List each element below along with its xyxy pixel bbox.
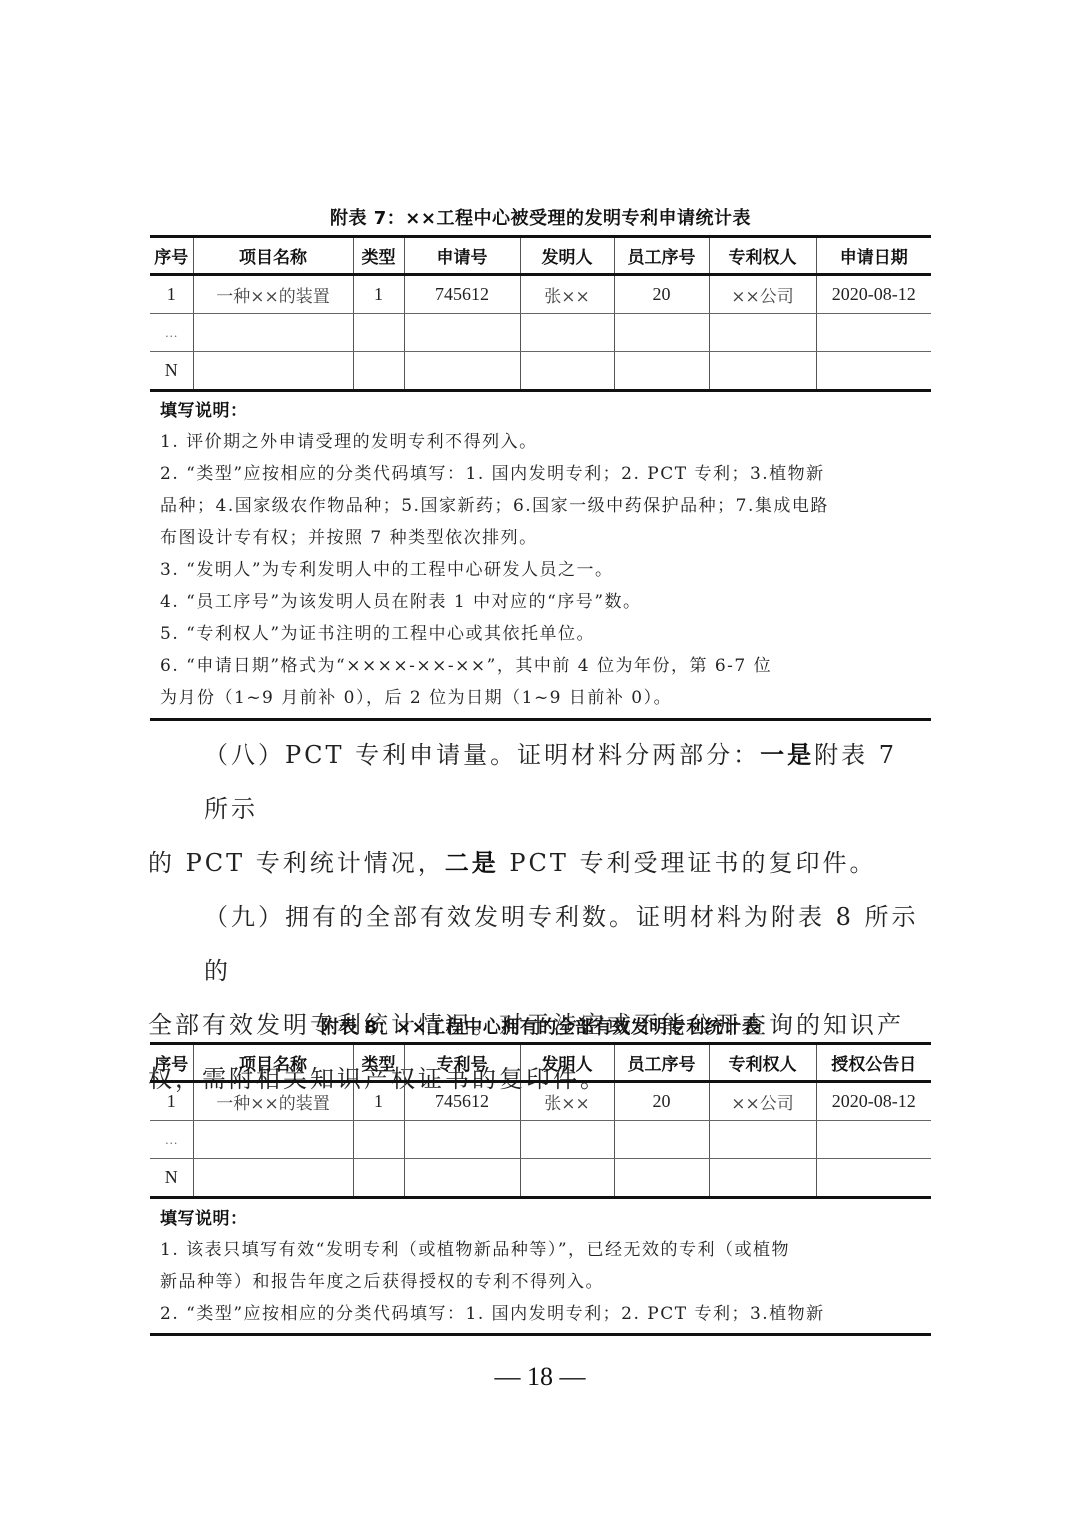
emphasis-first: 一是	[760, 741, 814, 769]
note-line: 3. “发明人”为专利发明人中的工程中心研发人员之一。	[150, 554, 931, 586]
cell-project-name	[193, 352, 353, 391]
cell-inventor: 张××	[520, 1082, 614, 1121]
cell-employee-no	[614, 1121, 709, 1159]
col-header-application-date: 申请日期	[816, 237, 931, 275]
cell-type: 1	[353, 1082, 404, 1121]
cell-patent-no	[404, 1159, 520, 1198]
col-header-type: 类型	[353, 237, 404, 275]
table-row: …	[150, 314, 931, 352]
col-header-project-name: 项目名称	[193, 237, 353, 275]
col-header-patentee: 专利权人	[709, 1044, 816, 1082]
cell-index: …	[150, 1121, 193, 1159]
table8-notes: 填写说明： 1. 该表只填写有效“发明专利（或植物新品种等）”，已经无效的专利（…	[150, 1204, 931, 1330]
cell-patentee	[709, 314, 816, 352]
cell-employee-no	[614, 314, 709, 352]
cell-type	[353, 352, 404, 391]
cell-employee-no	[614, 1159, 709, 1198]
col-header-index: 序号	[150, 237, 193, 275]
table-row: N	[150, 1159, 931, 1198]
table-row: …	[150, 1121, 931, 1159]
notes-bottom-rule	[150, 1333, 931, 1336]
section8-line1: （八）PCT 专利申请量。证明材料分两部分：一是附表 7 所示	[148, 728, 933, 836]
cell-type	[353, 314, 404, 352]
cell-employee-no: 20	[614, 1082, 709, 1121]
section8-text: 的 PCT 专利统计情况，	[148, 849, 445, 877]
cell-index: N	[150, 352, 193, 391]
note-line: 为月份（1~9 月前补 0），后 2 位为日期（1~9 日前补 0）。	[150, 682, 931, 714]
note-line: 2. “类型”应按相应的分类代码填写：1. 国内发明专利；2. PCT 专利；3…	[150, 458, 931, 490]
cell-application-no	[404, 352, 520, 391]
note-line: 1. 评价期之外申请受理的发明专利不得列入。	[150, 426, 931, 458]
section9-line1: （九）拥有的全部有效发明专利数。证明材料为附表 8 所示的	[148, 890, 933, 998]
cell-application-date	[816, 314, 931, 352]
notes-bottom-rule	[150, 718, 931, 721]
cell-patentee	[709, 1159, 816, 1198]
notes-title: 填写说明：	[150, 1204, 931, 1234]
cell-patent-no: 745612	[404, 1082, 520, 1121]
note-line: 4. “员工序号”为该发明人员在附表 1 中对应的“序号”数。	[150, 586, 931, 618]
cell-application-date: 2020-08-12	[816, 275, 931, 314]
cell-index: 1	[150, 275, 193, 314]
table-row: N	[150, 352, 931, 391]
cell-index: N	[150, 1159, 193, 1198]
cell-grant-date	[816, 1159, 931, 1198]
notes-title: 填写说明：	[150, 396, 931, 426]
cell-application-no: 745612	[404, 275, 520, 314]
cell-project-name	[193, 314, 353, 352]
cell-patentee: ××公司	[709, 1082, 816, 1121]
cell-project-name: 一种××的装置	[193, 1082, 353, 1121]
col-header-employee-no: 员工序号	[614, 1044, 709, 1082]
cell-project-name: 一种××的装置	[193, 275, 353, 314]
note-line: 1. 该表只填写有效“发明专利（或植物新品种等）”，已经无效的专利（或植物	[150, 1234, 931, 1266]
note-line: 品种；4.国家级农作物品种；5.国家新药；6.国家一级中药保护品种；7.集成电路	[150, 490, 931, 522]
cell-inventor: 张××	[520, 275, 614, 314]
cell-employee-no: 20	[614, 275, 709, 314]
col-header-grant-date: 授权公告日	[816, 1044, 931, 1082]
section9-heading: （九）拥有的全部有效发明专利数。	[204, 903, 636, 931]
col-header-patentee: 专利权人	[709, 237, 816, 275]
cell-inventor	[520, 352, 614, 391]
cell-patentee	[709, 352, 816, 391]
col-header-employee-no: 员工序号	[614, 237, 709, 275]
page-number: — 18 —	[0, 1362, 1080, 1392]
cell-grant-date: 2020-08-12	[816, 1082, 931, 1121]
cell-project-name	[193, 1121, 353, 1159]
col-header-inventor: 发明人	[520, 1044, 614, 1082]
cell-type	[353, 1121, 404, 1159]
note-line: 5. “专利权人”为证书注明的工程中心或其依托单位。	[150, 618, 931, 650]
section8-text: PCT 专利受理证书的复印件。	[499, 849, 877, 877]
note-line: 6. “申请日期”格式为“××××-××-××”，其中前 4 位为年份，第 6-…	[150, 650, 931, 682]
col-header-inventor: 发明人	[520, 237, 614, 275]
table7: 序号 项目名称 类型 申请号 发明人 员工序号 专利权人 申请日期 1 一种××…	[150, 235, 931, 392]
cell-grant-date	[816, 1121, 931, 1159]
note-line: 2. “类型”应按相应的分类代码填写：1. 国内发明专利；2. PCT 专利；3…	[150, 1298, 931, 1330]
cell-inventor	[520, 1121, 614, 1159]
cell-type: 1	[353, 275, 404, 314]
table8: 序号 项目名称 类型 专利号 发明人 员工序号 专利权人 授权公告日 1 一种×…	[150, 1042, 931, 1199]
section8-line2: 的 PCT 专利统计情况，二是 PCT 专利受理证书的复印件。	[148, 836, 933, 890]
note-line: 布图设计专有权；并按照 7 种类型依次排列。	[150, 522, 931, 554]
section8-text: 证明材料分两部分：	[517, 741, 760, 769]
col-header-index: 序号	[150, 1044, 193, 1082]
cell-index: 1	[150, 1082, 193, 1121]
cell-type	[353, 1159, 404, 1198]
cell-project-name	[193, 1159, 353, 1198]
cell-patentee	[709, 1121, 816, 1159]
table8-header-row: 序号 项目名称 类型 专利号 发明人 员工序号 专利权人 授权公告日	[150, 1044, 931, 1082]
note-line: 新品种等）和报告年度之后获得授权的专利不得列入。	[150, 1266, 931, 1298]
table-row: 1 一种××的装置 1 745612 张×× 20 ××公司 2020-08-1…	[150, 1082, 931, 1121]
cell-inventor	[520, 314, 614, 352]
cell-application-date	[816, 352, 931, 391]
col-header-project-name: 项目名称	[193, 1044, 353, 1082]
col-header-application-no: 申请号	[404, 237, 520, 275]
cell-inventor	[520, 1159, 614, 1198]
section8-heading: （八）PCT 专利申请量。	[204, 741, 517, 769]
emphasis-second: 二是	[445, 849, 499, 877]
cell-patent-no	[404, 1121, 520, 1159]
col-header-patent-no: 专利号	[404, 1044, 520, 1082]
cell-application-no	[404, 314, 520, 352]
cell-patentee: ××公司	[709, 275, 816, 314]
col-header-type: 类型	[353, 1044, 404, 1082]
table7-caption: 附表 7：××工程中心被受理的发明专利申请统计表	[150, 204, 931, 230]
table-row: 1 一种××的装置 1 745612 张×× 20 ××公司 2020-08-1…	[150, 275, 931, 314]
table7-header-row: 序号 项目名称 类型 申请号 发明人 员工序号 专利权人 申请日期	[150, 237, 931, 275]
cell-employee-no	[614, 352, 709, 391]
table8-caption: 附表 8：××工程中心拥有的全部有效发明专利统计表	[150, 1013, 931, 1039]
table7-notes: 填写说明： 1. 评价期之外申请受理的发明专利不得列入。 2. “类型”应按相应…	[150, 396, 931, 714]
cell-index: …	[150, 314, 193, 352]
